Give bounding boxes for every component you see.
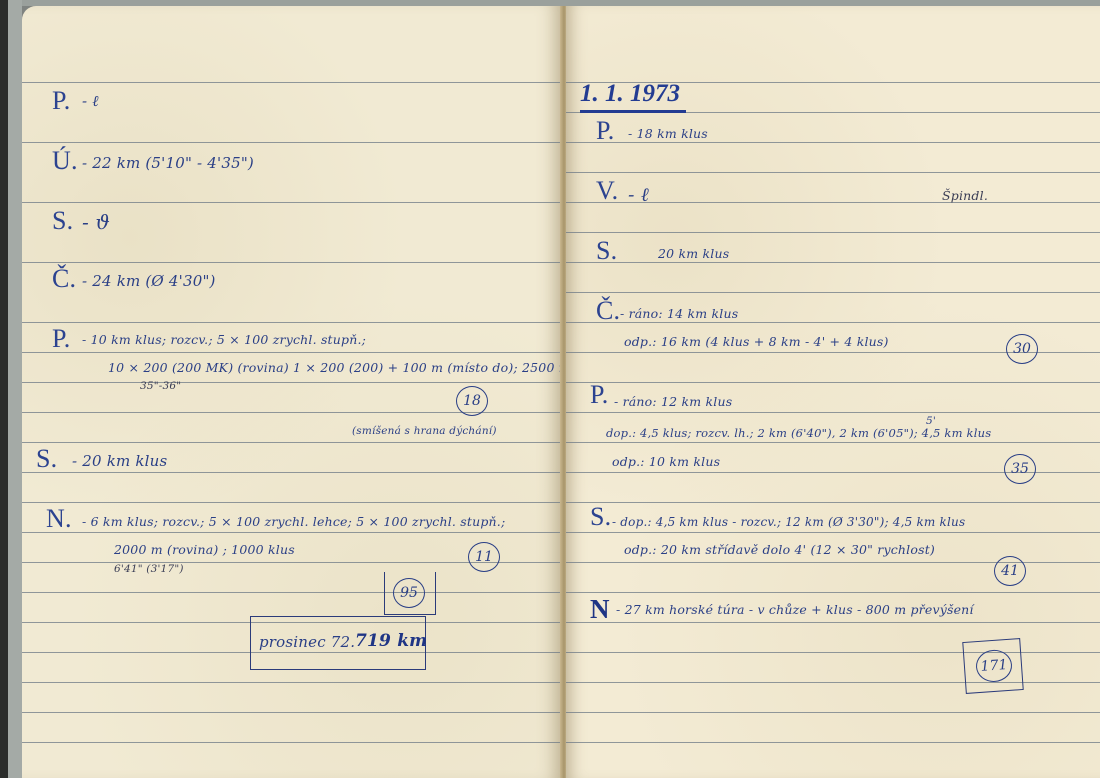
rule-line: [22, 142, 562, 143]
rule-line: [566, 592, 1100, 593]
entry-text: - 20 km klus: [72, 454, 167, 469]
daily-total-circle: 30: [1006, 334, 1038, 364]
daily-total-circle: 11: [468, 542, 500, 572]
entry-text: - dop.: 4,5 km klus - rozcv.; 12 km (Ø 3…: [612, 516, 965, 528]
rule-line: [22, 682, 562, 683]
entry-text: - 24 km (Ø 4'30"): [82, 274, 216, 289]
rule-line: [22, 352, 562, 353]
daily-total: 11: [475, 549, 493, 565]
rule-line: [566, 742, 1100, 743]
entry-text: - ℓ: [628, 186, 649, 205]
rule-line: [22, 262, 562, 263]
rule-line: [22, 592, 562, 593]
rule-line: [22, 82, 562, 83]
daily-total-circle: 18: [456, 386, 488, 416]
day-letter: Č.: [596, 298, 620, 324]
rule-line: [22, 712, 562, 713]
entry-subnote: 6'41" (3'17"): [114, 564, 184, 575]
entry-text: - 10 km klus; rozcv.; 5 × 100 zrychl. st…: [82, 334, 366, 347]
rule-line: [566, 232, 1100, 233]
rule-line: [566, 292, 1100, 293]
entry-text-line2: 10 × 200 (200 MK) (rovina) 1 × 200 (200)…: [108, 362, 562, 375]
daily-total-circle: 41: [994, 556, 1026, 586]
month-label: prosinec 72.: [259, 635, 355, 650]
day-letter: S.: [590, 504, 611, 530]
rule-line: [22, 742, 562, 743]
entry-text: 20 km klus: [658, 248, 729, 261]
week-total: 95: [400, 585, 418, 601]
week-total-box: 171: [962, 638, 1023, 694]
rule-line: [566, 382, 1100, 383]
rule-line: [566, 142, 1100, 143]
rule-line: [22, 502, 562, 503]
day-letter: P.: [52, 88, 70, 114]
right-page: 1. 1. 1973 P. - 18 km klus V. - ℓ Špindl…: [566, 6, 1100, 778]
rule-line: [22, 442, 562, 443]
day-letter: N: [590, 596, 610, 623]
entry-text: - ráno: 12 km klus: [614, 396, 732, 409]
day-letter: S.: [52, 208, 73, 234]
rule-line: [566, 712, 1100, 713]
scanner-edge-left: [0, 0, 8, 778]
month-total-box: prosinec 72. 719 km: [250, 616, 426, 670]
rule-line: [22, 532, 562, 533]
entry-text-line2: odp.: 20 km střídavě dolo 4' (12 × 30" r…: [624, 544, 935, 557]
day-letter: Č.: [52, 266, 76, 292]
week-total-circle: 95: [393, 578, 425, 608]
week-total-circle: 171: [975, 649, 1013, 683]
month-total: 719 km: [355, 633, 427, 650]
entry-text-line2: 2000 m (rovina) ; 1000 klus: [114, 544, 295, 557]
day-letter: P.: [596, 118, 614, 144]
rule-line: [566, 502, 1100, 503]
entry-note: (smíšená s hrana dýchání): [352, 426, 497, 437]
rule-line: [22, 382, 562, 383]
week-total: 171: [980, 657, 1008, 675]
left-page: P. - ℓ Ú. - 22 km (5'10" - 4'35") S. - ϑ…: [22, 6, 562, 778]
cover-edge: [8, 0, 22, 778]
day-letter: N.: [46, 506, 72, 532]
entry-text: - 18 km klus: [628, 128, 708, 141]
entry-text-line3: odp.: 10 km klus: [612, 456, 720, 469]
day-letter: S.: [596, 238, 617, 264]
day-letter: Ú.: [52, 148, 78, 174]
rule-line: [22, 322, 562, 323]
entry-text: - 27 km horské túra - v chůze + klus - 8…: [616, 604, 974, 617]
location-note: Špindl.: [942, 190, 988, 203]
entry-subnote: 35"-36": [140, 381, 181, 392]
day-letter: S.: [36, 446, 57, 472]
week-start-date: 1. 1. 1973: [580, 80, 686, 113]
rule-line: [22, 202, 562, 203]
rule-line: [566, 442, 1100, 443]
entry-text: - 6 km klus; rozcv.; 5 × 100 zrychl. leh…: [82, 516, 505, 529]
entry-text: - ráno: 14 km klus: [620, 308, 738, 321]
daily-total-circle: 35: [1004, 454, 1036, 484]
entry-text-line2: odp.: 16 km (4 klus + 8 km - 4' + 4 klus…: [624, 336, 889, 349]
rule-line: [566, 532, 1100, 533]
daily-total: 41: [1001, 563, 1019, 579]
rule-line: [566, 262, 1100, 263]
entry-text: - 22 km (5'10" - 4'35"): [82, 156, 254, 171]
day-letter: V.: [596, 178, 618, 204]
daily-total: 30: [1013, 341, 1031, 357]
rule-line: [22, 472, 562, 473]
day-letter: P.: [52, 326, 70, 352]
daily-total: 18: [463, 393, 481, 409]
entry-text: - ℓ: [82, 94, 99, 109]
entry-superscript: 5': [926, 416, 936, 427]
entry-text-line2: dop.: 4,5 klus; rozcv. lh.; 2 km (6'40")…: [606, 428, 991, 440]
rule-line: [566, 412, 1100, 413]
week-total-box: 95: [384, 572, 436, 615]
rule-line: [566, 322, 1100, 323]
day-letter: P.: [590, 382, 608, 408]
entry-text: - ϑ: [82, 212, 110, 232]
rule-line: [566, 172, 1100, 173]
daily-total: 35: [1011, 461, 1029, 477]
rule-line: [566, 622, 1100, 623]
